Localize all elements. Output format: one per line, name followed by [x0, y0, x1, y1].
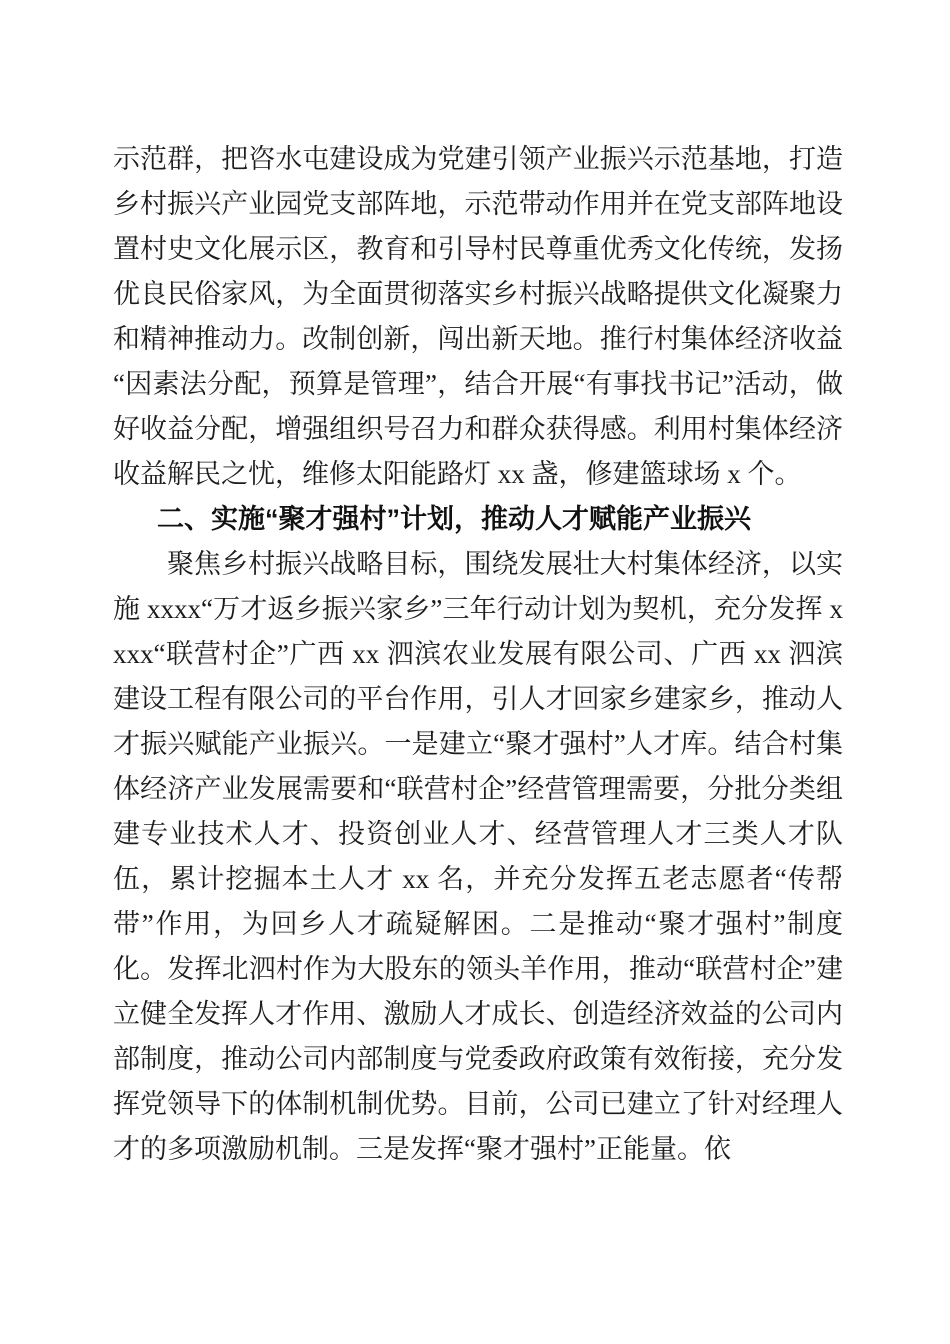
- document-page: 示范群，把咨水屯建设成为党建引领产业振兴示范基地，打造乡村振兴产业园党支部阵地，…: [0, 0, 950, 1344]
- paragraph-section-body: 聚焦乡村振兴战略目标，围绕发展壮大村集体经济，以实施 xxxx“万才返乡振兴家乡…: [113, 542, 843, 1172]
- section-heading: 二、实施“聚才强村”计划，推动人才赋能产业振兴: [113, 497, 843, 542]
- paragraph-continuation: 示范群，把咨水屯建设成为党建引领产业振兴示范基地，打造乡村振兴产业园党支部阵地，…: [113, 137, 843, 497]
